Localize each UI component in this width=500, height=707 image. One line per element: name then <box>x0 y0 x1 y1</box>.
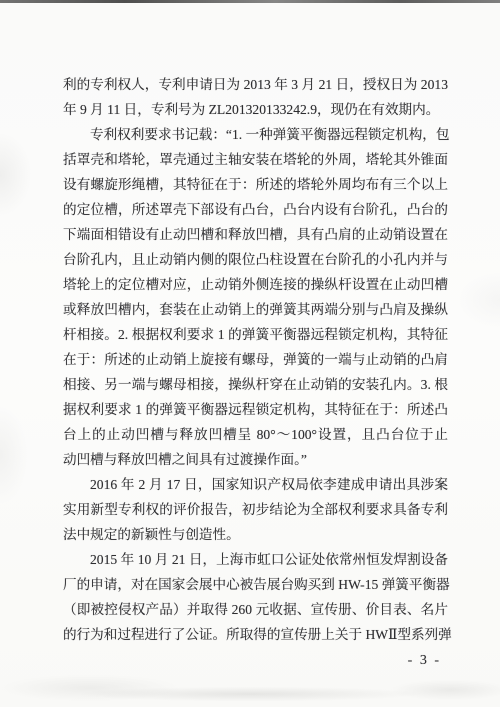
text-line: 台上的止动凹槽与释放凹槽呈 80°～100°设置，且凸台位于止 <box>63 422 448 447</box>
page-number: - 3 - <box>408 653 441 669</box>
text-line: （即被控侵权产品）并取得 260 元收据、宣传册、价目表、名片 <box>63 597 448 622</box>
text-line: 在于：所述的止动销上旋接有螺母，弹簧的一端与止动销的凸肩 <box>63 347 448 372</box>
document-text-block: 利的专利权人，专利申请日为 2013 年 3 月 21 日，授权日为 2013年… <box>63 72 448 647</box>
text-line: 据权利要求 1 的弹簧平衡器远程锁定机构，其特征在于：所述凸 <box>63 397 448 422</box>
text-line: 括罩壳和塔轮，罩壳通过主轴安装在塔轮的外周，塔轮其外锥面 <box>63 147 448 172</box>
text-line: 下端面相错设有止动凹槽和释放凹槽，具有凸肩的止动销设置在 <box>63 222 448 247</box>
text-line: 利的专利权人，专利申请日为 2013 年 3 月 21 日，授权日为 2013 <box>63 72 448 97</box>
text-line: 的行为和过程进行了公证。所取得的宣传册上关于 HWⅡ型系列弹 <box>63 622 448 647</box>
text-line: 法中规定的新颖性与创造性。 <box>63 522 448 547</box>
text-line: 台阶孔内，且止动销内侧的限位凸柱设置在台阶孔的小孔内并与 <box>63 247 448 272</box>
text-line: 专利权利要求书记载：“1. 一种弹簧平衡器远程锁定机构，包 <box>63 122 448 147</box>
text-line: 或释放凹槽内，套装在止动销上的弹簧其两端分别与凸肩及操纵 <box>63 297 448 322</box>
text-line: 塔轮上的定位槽对应，止动销外侧连接的操纵杆设置在止动凹槽 <box>63 272 448 297</box>
text-line: 厂的申请，对在国家会展中心被告展台购买到 HW-15 弹簧平衡器 <box>63 572 448 597</box>
scanned-page: 利的专利权人，专利申请日为 2013 年 3 月 21 日，授权日为 2013年… <box>0 0 500 707</box>
text-line: 年 9 月 11 日，专利号为 ZL201320133242.9，现仍在有效期内… <box>63 97 448 122</box>
text-line: 动凹槽与释放凹槽之间具有过渡操作面。” <box>63 447 448 472</box>
scan-edge-artifact <box>0 0 500 3</box>
text-line: 实用新型专利权的评价报告，初步结论为全部权利要求具备专利 <box>63 497 448 522</box>
text-line: 杆相接。2. 根据权利要求 1 的弹簧平衡器远程锁定机构，其特征 <box>63 322 448 347</box>
text-line: 2015 年 10 月 21 日，上海市虹口公证处依常州恒发焊割设备 <box>63 547 448 572</box>
text-line: 2016 年 2 月 17 日，国家知识产权局依李建成申请出具涉案 <box>63 472 448 497</box>
text-line: 相接、另一端与螺母相接，操纵杆穿在止动销的安装孔内。3. 根 <box>63 372 448 397</box>
text-line: 设有螺旋形绳槽，其特征在于：所述的塔轮外周均布有三个以上 <box>63 172 448 197</box>
text-line: 的定位槽，所述罩壳下部设有凸台，凸台内设有台阶孔，凸台的 <box>63 197 448 222</box>
